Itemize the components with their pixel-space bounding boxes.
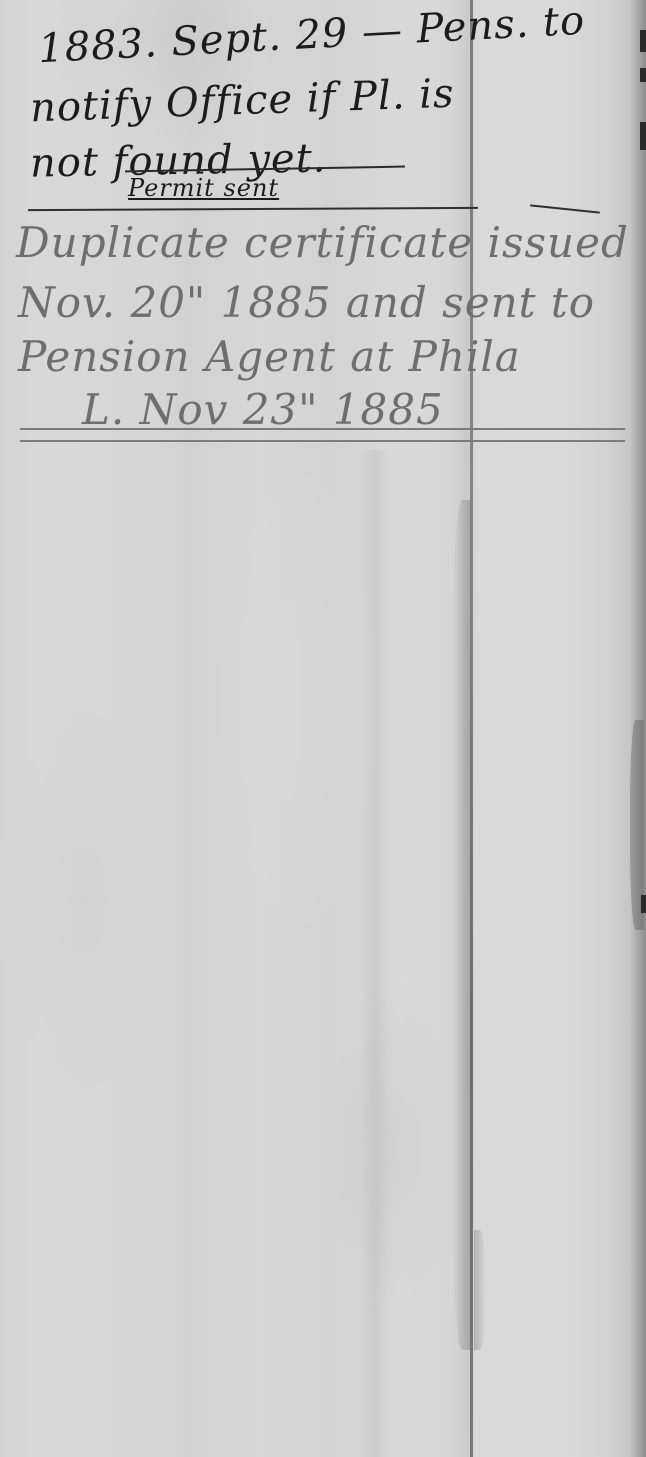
entry-2-line-3: Pension Agent at Phila bbox=[18, 332, 521, 381]
entry-2-underline-1 bbox=[20, 428, 625, 430]
edge-tear bbox=[641, 895, 646, 913]
entry-1-underline bbox=[28, 207, 478, 211]
fold-stain-lower bbox=[474, 1230, 486, 1350]
entry-1-line-1: 1883. Sept. 29 — Pens. to bbox=[37, 0, 586, 72]
entry-2-line-1: Duplicate certificate issued bbox=[16, 218, 629, 267]
edge-tear bbox=[640, 30, 646, 52]
entry-1-correction: Permit sent bbox=[128, 174, 279, 202]
entry-2-line-2: Nov. 20" 1885 and sent to bbox=[18, 278, 595, 327]
document-page: 1883. Sept. 29 — Pens. to notify Office … bbox=[0, 0, 646, 1457]
entry-2-line-4: L. Nov 23" 1885 bbox=[82, 385, 444, 434]
entry-2-underline-2 bbox=[20, 440, 625, 442]
edge-tear bbox=[640, 68, 646, 82]
entry-1-line-2: notify Office if Pl. is bbox=[29, 71, 455, 132]
entry-1-flourish bbox=[530, 204, 600, 213]
faint-crease bbox=[360, 450, 390, 1457]
fold-stain bbox=[452, 500, 472, 1350]
edge-tear bbox=[640, 122, 646, 150]
